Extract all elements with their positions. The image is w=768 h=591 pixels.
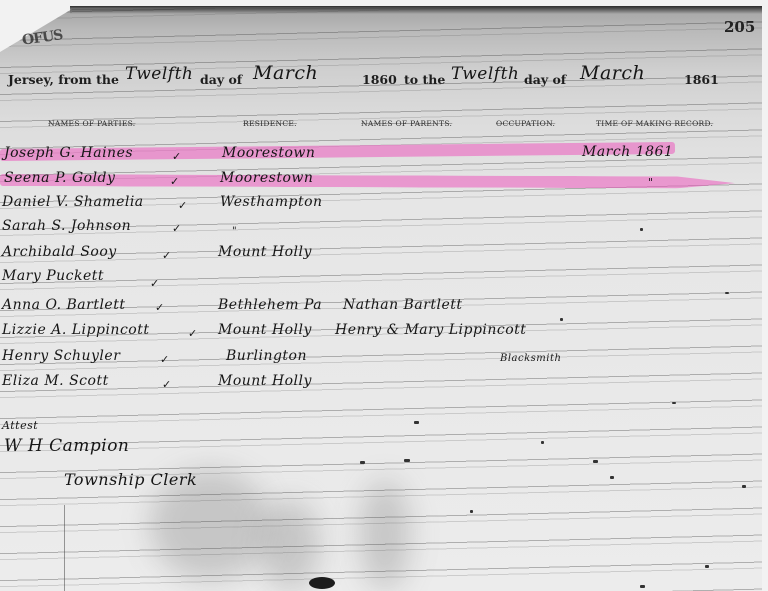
end-day: Twelfth — [451, 64, 519, 84]
party-name: Eliza M. Scott — [2, 373, 109, 389]
occupation: Blacksmith — [500, 353, 561, 364]
check-mark: ✓ — [178, 199, 188, 212]
party-name: Sarah S. Johnson — [2, 218, 131, 234]
page-edge-shadow — [70, 6, 762, 14]
margin-rule — [64, 505, 65, 591]
check-mark: ✓ — [162, 378, 172, 391]
residence: Mount Holly — [218, 244, 312, 260]
residence: Bethlehem Pa — [218, 297, 322, 313]
check-mark: ✓ — [188, 327, 198, 340]
start-year: 1860 — [362, 72, 397, 87]
start-day: Twelfth — [125, 64, 193, 84]
check-mark: ✓ — [150, 277, 160, 290]
record-time: " — [648, 176, 654, 189]
col-names-of-parties: NAMES OF PARTIES. — [48, 119, 135, 128]
party-name: Henry Schuyler — [2, 348, 120, 364]
party-name: Seena P. Goldy — [4, 170, 115, 186]
check-mark: ✓ — [172, 150, 182, 163]
register-page — [0, 0, 762, 591]
party-name: Archibald Sooy — [2, 244, 117, 260]
start-month: March — [253, 62, 318, 84]
ink-blot — [309, 577, 335, 589]
header-day-of-2: day of — [524, 72, 566, 87]
check-mark: ✓ — [172, 222, 182, 235]
signature-name: W H Campion — [4, 436, 129, 456]
end-month: March — [580, 62, 645, 84]
party-name: Anna O. Bartlett — [2, 297, 125, 313]
residence: " — [232, 226, 237, 237]
header-prefix: Jersey, from the — [8, 72, 119, 87]
residence: Mount Holly — [218, 322, 312, 338]
signature-attest: Attest — [2, 419, 38, 432]
party-name: Mary Puckett — [2, 268, 104, 284]
col-names-of-parents: NAMES OF PARENTS. — [361, 119, 452, 128]
parents: Nathan Bartlett — [343, 297, 463, 313]
record-time: March 1861 — [582, 144, 673, 160]
check-mark: ✓ — [160, 353, 170, 366]
residence: Moorestown — [222, 145, 315, 161]
residence: Moorestown — [220, 170, 313, 186]
check-mark: ✓ — [162, 249, 172, 262]
party-name: Joseph G. Haines — [4, 145, 133, 161]
party-name: Daniel V. Shamelia — [2, 194, 144, 210]
check-mark: ✓ — [155, 301, 165, 314]
end-year: 1861 — [684, 72, 719, 87]
col-occupation: OCCUPATION. — [496, 119, 555, 128]
parents: Henry & Mary Lippincott — [335, 322, 526, 338]
water-stain — [260, 500, 320, 590]
col-residence: RESIDENCE. — [243, 119, 297, 128]
residence: Mount Holly — [218, 373, 312, 389]
col-time-of-making-record: TIME OF MAKING RECORD. — [596, 119, 713, 128]
page-number: 205 — [724, 18, 755, 36]
water-stain — [360, 480, 410, 590]
residence: Westhampton — [220, 194, 323, 210]
signature-title: Township Clerk — [64, 470, 197, 489]
party-name: Lizzie A. Lippincott — [2, 322, 149, 338]
check-mark: ✓ — [170, 175, 180, 188]
residence: Burlington — [226, 348, 307, 364]
header-day-of-1: day of — [200, 72, 242, 87]
header-to-the: to the — [404, 72, 445, 87]
